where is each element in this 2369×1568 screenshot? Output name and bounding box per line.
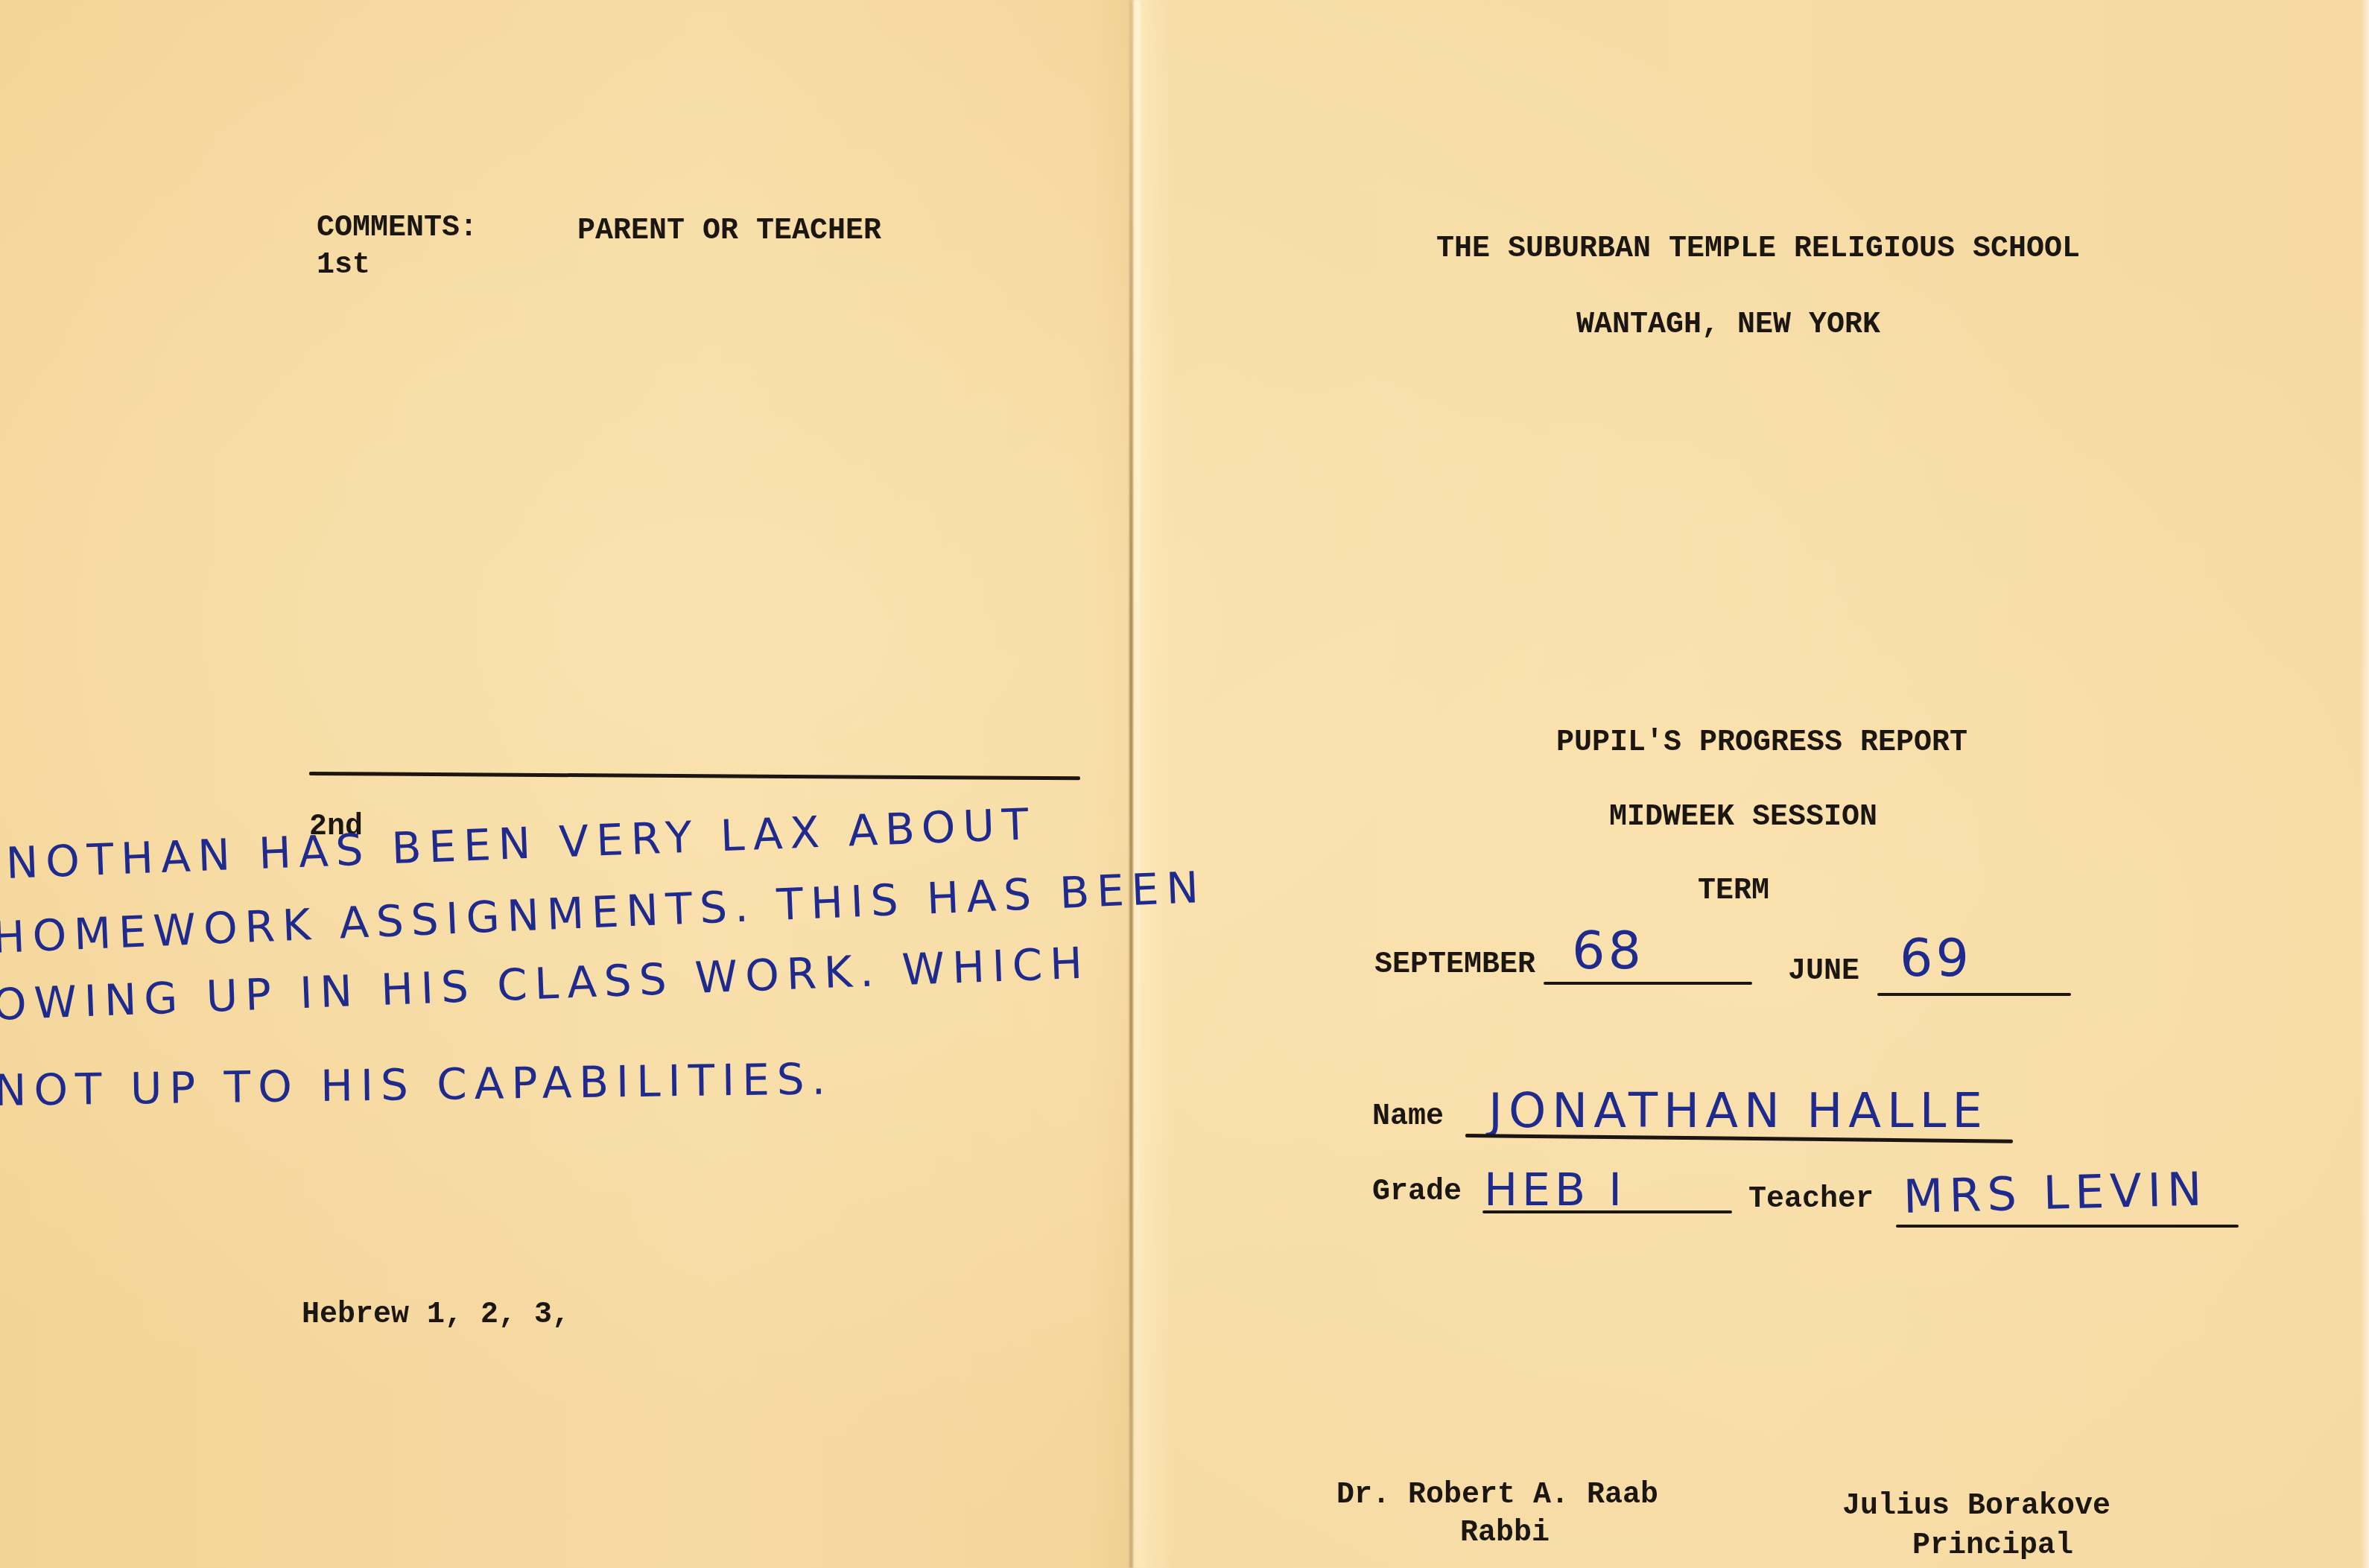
grade-underline (1482, 1210, 1732, 1213)
principal-name: Julius Borakove (1842, 1490, 2110, 1523)
start-month-label: SEPTEMBER (1374, 948, 1535, 982)
rabbi-title: Rabbi (1460, 1517, 1550, 1550)
principal-title: Principal (1912, 1529, 2073, 1563)
start-year-value: 68 (1572, 920, 1644, 981)
fold-highlight (1134, 0, 1141, 1568)
term-label: TERM (1698, 875, 1769, 908)
end-year-underline (1877, 993, 2071, 996)
end-month-label: JUNE (1788, 955, 1859, 988)
first-term-label: 1st (317, 249, 370, 282)
fold-shadow (1129, 0, 1133, 1568)
comments-label: COMMENTS: (317, 212, 478, 245)
school-location: WANTAGH, NEW YORK (1576, 308, 1880, 342)
report-title: PUPIL'S PROGRESS REPORT (1556, 726, 1967, 760)
student-name-value: JONATHAN HALLE (1488, 1084, 1988, 1139)
teacher-value: MRS LEVIN (1903, 1161, 2208, 1224)
name-label: Name (1372, 1100, 1444, 1134)
page-edge (2360, 0, 2369, 1568)
rabbi-name: Dr. Robert A. Raab (1336, 1479, 1658, 1512)
center-fold (1125, 0, 1146, 1568)
start-year-underline (1544, 982, 1752, 985)
school-name: THE SUBURBAN TEMPLE RELIGIOUS SCHOOL (1436, 232, 2080, 266)
parent-or-teacher-label: PARENT OR TEACHER (577, 215, 881, 248)
grade-label: Grade (1372, 1175, 1462, 1209)
teacher-label: Teacher (1748, 1183, 1874, 1216)
grade-value: HEB I (1484, 1164, 1626, 1216)
subjects-list: Hebrew 1, 2, 3, (302, 1298, 570, 1332)
end-year-value: 69 (1900, 927, 1972, 988)
teacher-underline (1896, 1225, 2239, 1228)
session-label: MIDWEEK SESSION (1609, 801, 1877, 834)
